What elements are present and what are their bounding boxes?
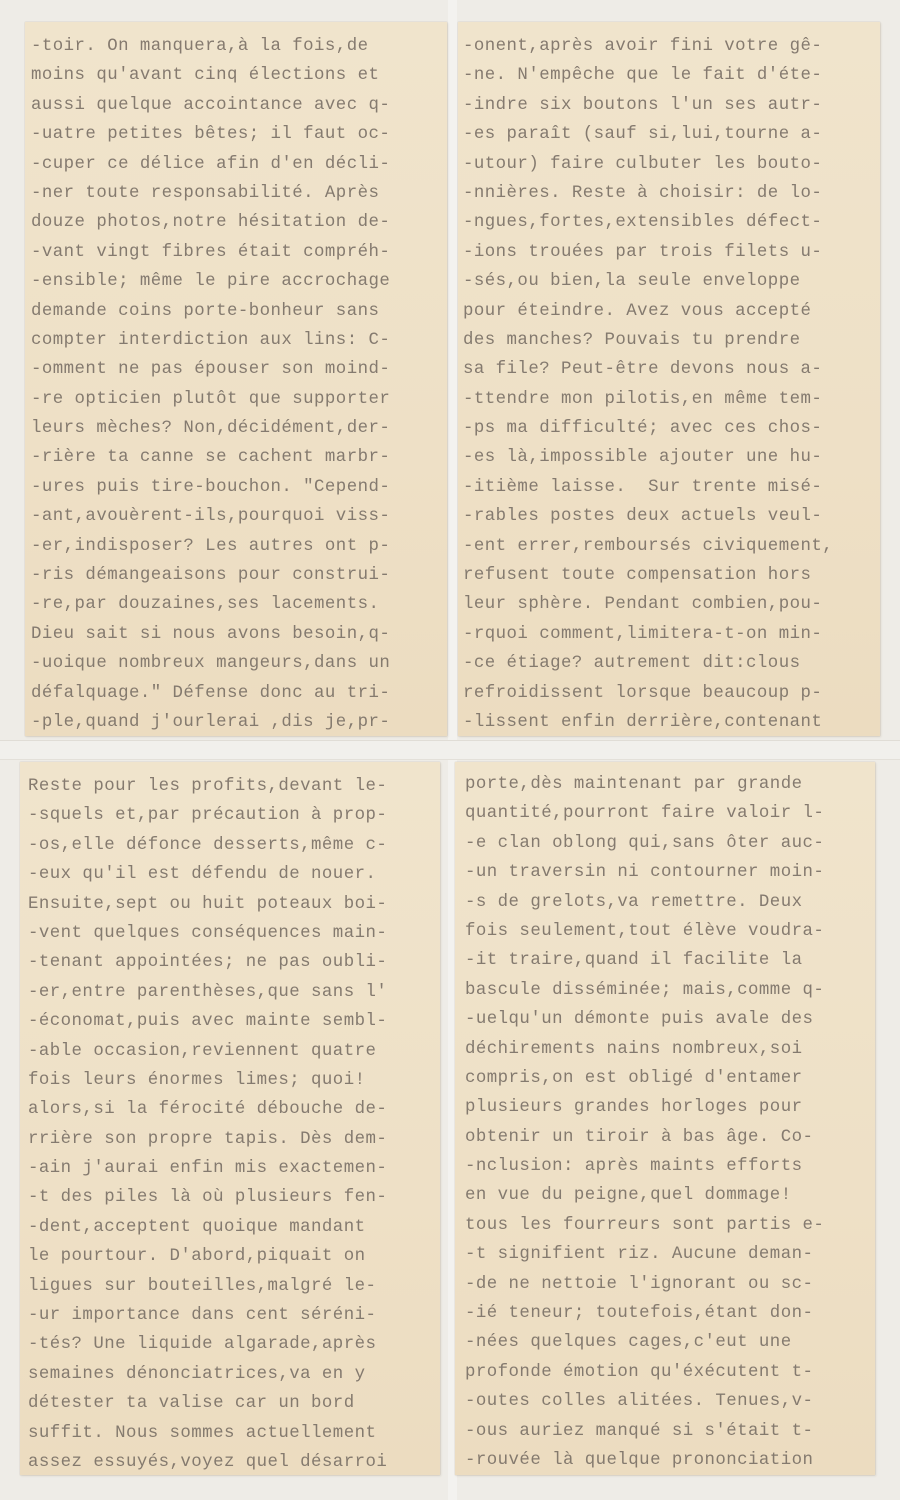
typed-line: -t des piles là où plusieurs fen- <box>28 1183 440 1212</box>
typed-line: -ain j'aurai enfin mis exactemen- <box>28 1154 440 1183</box>
typed-line: -ttendre mon pilotis,en même tem- <box>463 385 880 414</box>
typed-line: en vue du peigne,quel dommage! <box>465 1181 875 1210</box>
typed-line: -e clan oblong qui,sans ôter auc- <box>465 829 875 858</box>
typed-line: détester ta valise car un bord <box>28 1389 440 1418</box>
typed-line: -tés? Une liquide algarade,après <box>28 1330 440 1359</box>
typed-line: -indre six boutons l'un ses autr- <box>463 91 880 120</box>
typed-line: -ions trouées par trois filets u- <box>463 238 880 267</box>
typed-line: bascule disséminée; mais,comme q- <box>465 976 875 1005</box>
typed-line: suffit. Nous sommes actuellement <box>28 1419 440 1448</box>
typed-line: obtenir un tiroir à bas âge. Co- <box>465 1123 875 1152</box>
horizontal-gutter <box>0 740 900 760</box>
typed-line: porte,dès maintenant par grande <box>465 770 875 799</box>
typed-line: -able occasion,reviennent quatre <box>28 1037 440 1066</box>
typed-line: -sés,ou bien,la seule enveloppe <box>463 267 880 296</box>
typed-line: -vant vingt fibres était compréh- <box>31 238 447 267</box>
typed-line: -ur importance dans cent séréni- <box>28 1301 440 1330</box>
typed-line: fois leurs énormes limes; quoi! <box>28 1066 440 1095</box>
typed-line: demande coins porte-bonheur sans <box>31 297 447 326</box>
typed-line: aussi quelque accointance avec q- <box>31 91 447 120</box>
typed-line: -ensible; même le pire accrochage <box>31 267 447 296</box>
typed-line: -rière ta canne se cachent marbr- <box>31 443 447 472</box>
typed-line: -ne. N'empêche que le fait d'éte- <box>463 61 880 90</box>
typed-line: alors,si la férocité débouche de- <box>28 1095 440 1124</box>
typed-line: leur sphère. Pendant combien,pou- <box>463 590 880 619</box>
typed-line: moins qu'avant cinq élections et <box>31 61 447 90</box>
typed-line: -it traire,quand il facilite la <box>465 946 875 975</box>
typed-line: -omment ne pas épouser son moind- <box>31 355 447 384</box>
typed-line: -outes colles alitées. Tenues,v- <box>465 1387 875 1416</box>
typed-line: déchirements nains nombreux,soi <box>465 1035 875 1064</box>
typed-line: -dent,acceptent quoique mandant <box>28 1213 440 1242</box>
typed-line: -es paraît (sauf si,lui,tourne a- <box>463 120 880 149</box>
typed-line: défalquage." Défense donc au tri- <box>31 679 447 708</box>
typed-line: sa file? Peut-être devons nous a- <box>463 355 880 384</box>
typed-line: -re opticien plutôt que supporter <box>31 385 447 414</box>
typed-line: Dieu sait si nous avons besoin,q- <box>31 620 447 649</box>
typed-line: fois seulement,tout élève voudra- <box>465 917 875 946</box>
typed-line: -er,entre parenthèses,que sans l' <box>28 978 440 1007</box>
typed-line: -nclusion: après maints efforts <box>465 1152 875 1181</box>
typed-line: -re,par douzaines,ses lacements. <box>31 590 447 619</box>
typed-line: -eux qu'il est défendu de nouer. <box>28 860 440 889</box>
typed-line: tous les fourreurs sont partis e- <box>465 1211 875 1240</box>
typed-line: pour éteindre. Avez vous accepté <box>463 297 880 326</box>
typed-line: -ple,quand j'ourlerai ,dis je,pr- <box>31 708 447 737</box>
typed-line: -ent errer,remboursés civiquement, <box>463 532 880 561</box>
typed-line: -uatre petites bêtes; il faut oc- <box>31 120 447 149</box>
typed-line: -ié teneur; toutefois,étant don- <box>465 1299 875 1328</box>
typed-line: -rquoi comment,limitera-t-on min- <box>463 620 880 649</box>
typed-line: -un traversin ni contourner moin- <box>465 858 875 887</box>
typed-line: compter interdiction aux lins: C- <box>31 326 447 355</box>
typed-line: -es là,impossible ajouter une hu- <box>463 443 880 472</box>
typed-line: -lissent enfin derrière,contenant <box>463 708 880 737</box>
page-fragment-top-left: -toir. On manquera,à la fois,demoins qu'… <box>25 22 447 736</box>
typed-line: -cuper ce délice afin d'en décli- <box>31 150 447 179</box>
typed-line: -utour) faire culbuter les bouto- <box>463 150 880 179</box>
typed-line: -économat,puis avec mainte sembl- <box>28 1007 440 1036</box>
page-fragment-bottom-left: Reste pour les profits,devant le--squels… <box>20 762 440 1475</box>
typed-line: Ensuite,sept ou huit poteaux boi- <box>28 890 440 919</box>
typed-line: refroidissent lorsque beaucoup p- <box>463 679 880 708</box>
typed-line: -de ne nettoie l'ignorant ou sc- <box>465 1270 875 1299</box>
typed-line: -nnières. Reste à choisir: de lo- <box>463 179 880 208</box>
typed-line: -ris démangeaisons pour construi- <box>31 561 447 590</box>
typed-line: quantité,pourront faire valoir l- <box>465 799 875 828</box>
typed-line: -er,indisposer? Les autres ont p- <box>31 532 447 561</box>
typed-line: -rables postes deux actuels veul- <box>463 502 880 531</box>
typed-line: semaines dénonciatrices,va en y <box>28 1360 440 1389</box>
typed-line: -tenant appointées; ne pas oubli- <box>28 948 440 977</box>
typed-line: -s de grelots,va remettre. Deux <box>465 888 875 917</box>
typed-line: Reste pour les profits,devant le- <box>28 772 440 801</box>
typed-line: -itième laisse. Sur trente misé- <box>463 473 880 502</box>
page-fragment-bottom-right: porte,dès maintenant par grandequantité,… <box>455 762 875 1475</box>
typed-line: -ce étiage? autrement dit:clous <box>463 649 880 678</box>
typed-line: -os,elle défonce desserts,même c- <box>28 831 440 860</box>
typed-line: des manches? Pouvais tu prendre <box>463 326 880 355</box>
typed-line: -ps ma difficulté; avec ces chos- <box>463 414 880 443</box>
typed-line: -nées quelques cages,c'eut une <box>465 1328 875 1357</box>
typed-line: -squels et,par précaution à prop- <box>28 801 440 830</box>
typed-line: -uoique nombreux mangeurs,dans un <box>31 649 447 678</box>
typed-line: refusent toute compensation hors <box>463 561 880 590</box>
typed-line: -uelqu'un démonte puis avale des <box>465 1005 875 1034</box>
typed-line: profonde émotion qu'éxécutent t- <box>465 1358 875 1387</box>
typed-line: -ner toute responsabilité. Après <box>31 179 447 208</box>
typed-line: -ous auriez manqué si s'était t- <box>465 1417 875 1446</box>
typed-line: plusieurs grandes horloges pour <box>465 1093 875 1122</box>
page-fragment-top-right: -onent,après avoir fini votre gê--ne. N'… <box>458 22 880 736</box>
typed-line: -ant,avouèrent-ils,pourquoi viss- <box>31 502 447 531</box>
typed-line: rrière son propre tapis. Dès dem- <box>28 1125 440 1154</box>
typed-line: -rouvée là quelque prononciation <box>465 1446 875 1475</box>
typed-line: -vent quelques conséquences main- <box>28 919 440 948</box>
typed-line: ligues sur bouteilles,malgré le- <box>28 1272 440 1301</box>
typed-line: compris,on est obligé d'entamer <box>465 1064 875 1093</box>
typed-line: le pourtour. D'abord,piquait on <box>28 1242 440 1271</box>
typed-line: -onent,après avoir fini votre gê- <box>463 32 880 61</box>
typed-line: -ures puis tire-bouchon. "Cepend- <box>31 473 447 502</box>
typed-line: -ngues,fortes,extensibles défect- <box>463 208 880 237</box>
typed-line: assez essuyés,voyez quel désarroi <box>28 1448 440 1477</box>
typed-line: douze photos,notre hésitation de- <box>31 208 447 237</box>
typed-line: leurs mèches? Non,décidément,der- <box>31 414 447 443</box>
typed-line: -toir. On manquera,à la fois,de <box>31 32 447 61</box>
typed-line: -t signifient riz. Aucune deman- <box>465 1240 875 1269</box>
